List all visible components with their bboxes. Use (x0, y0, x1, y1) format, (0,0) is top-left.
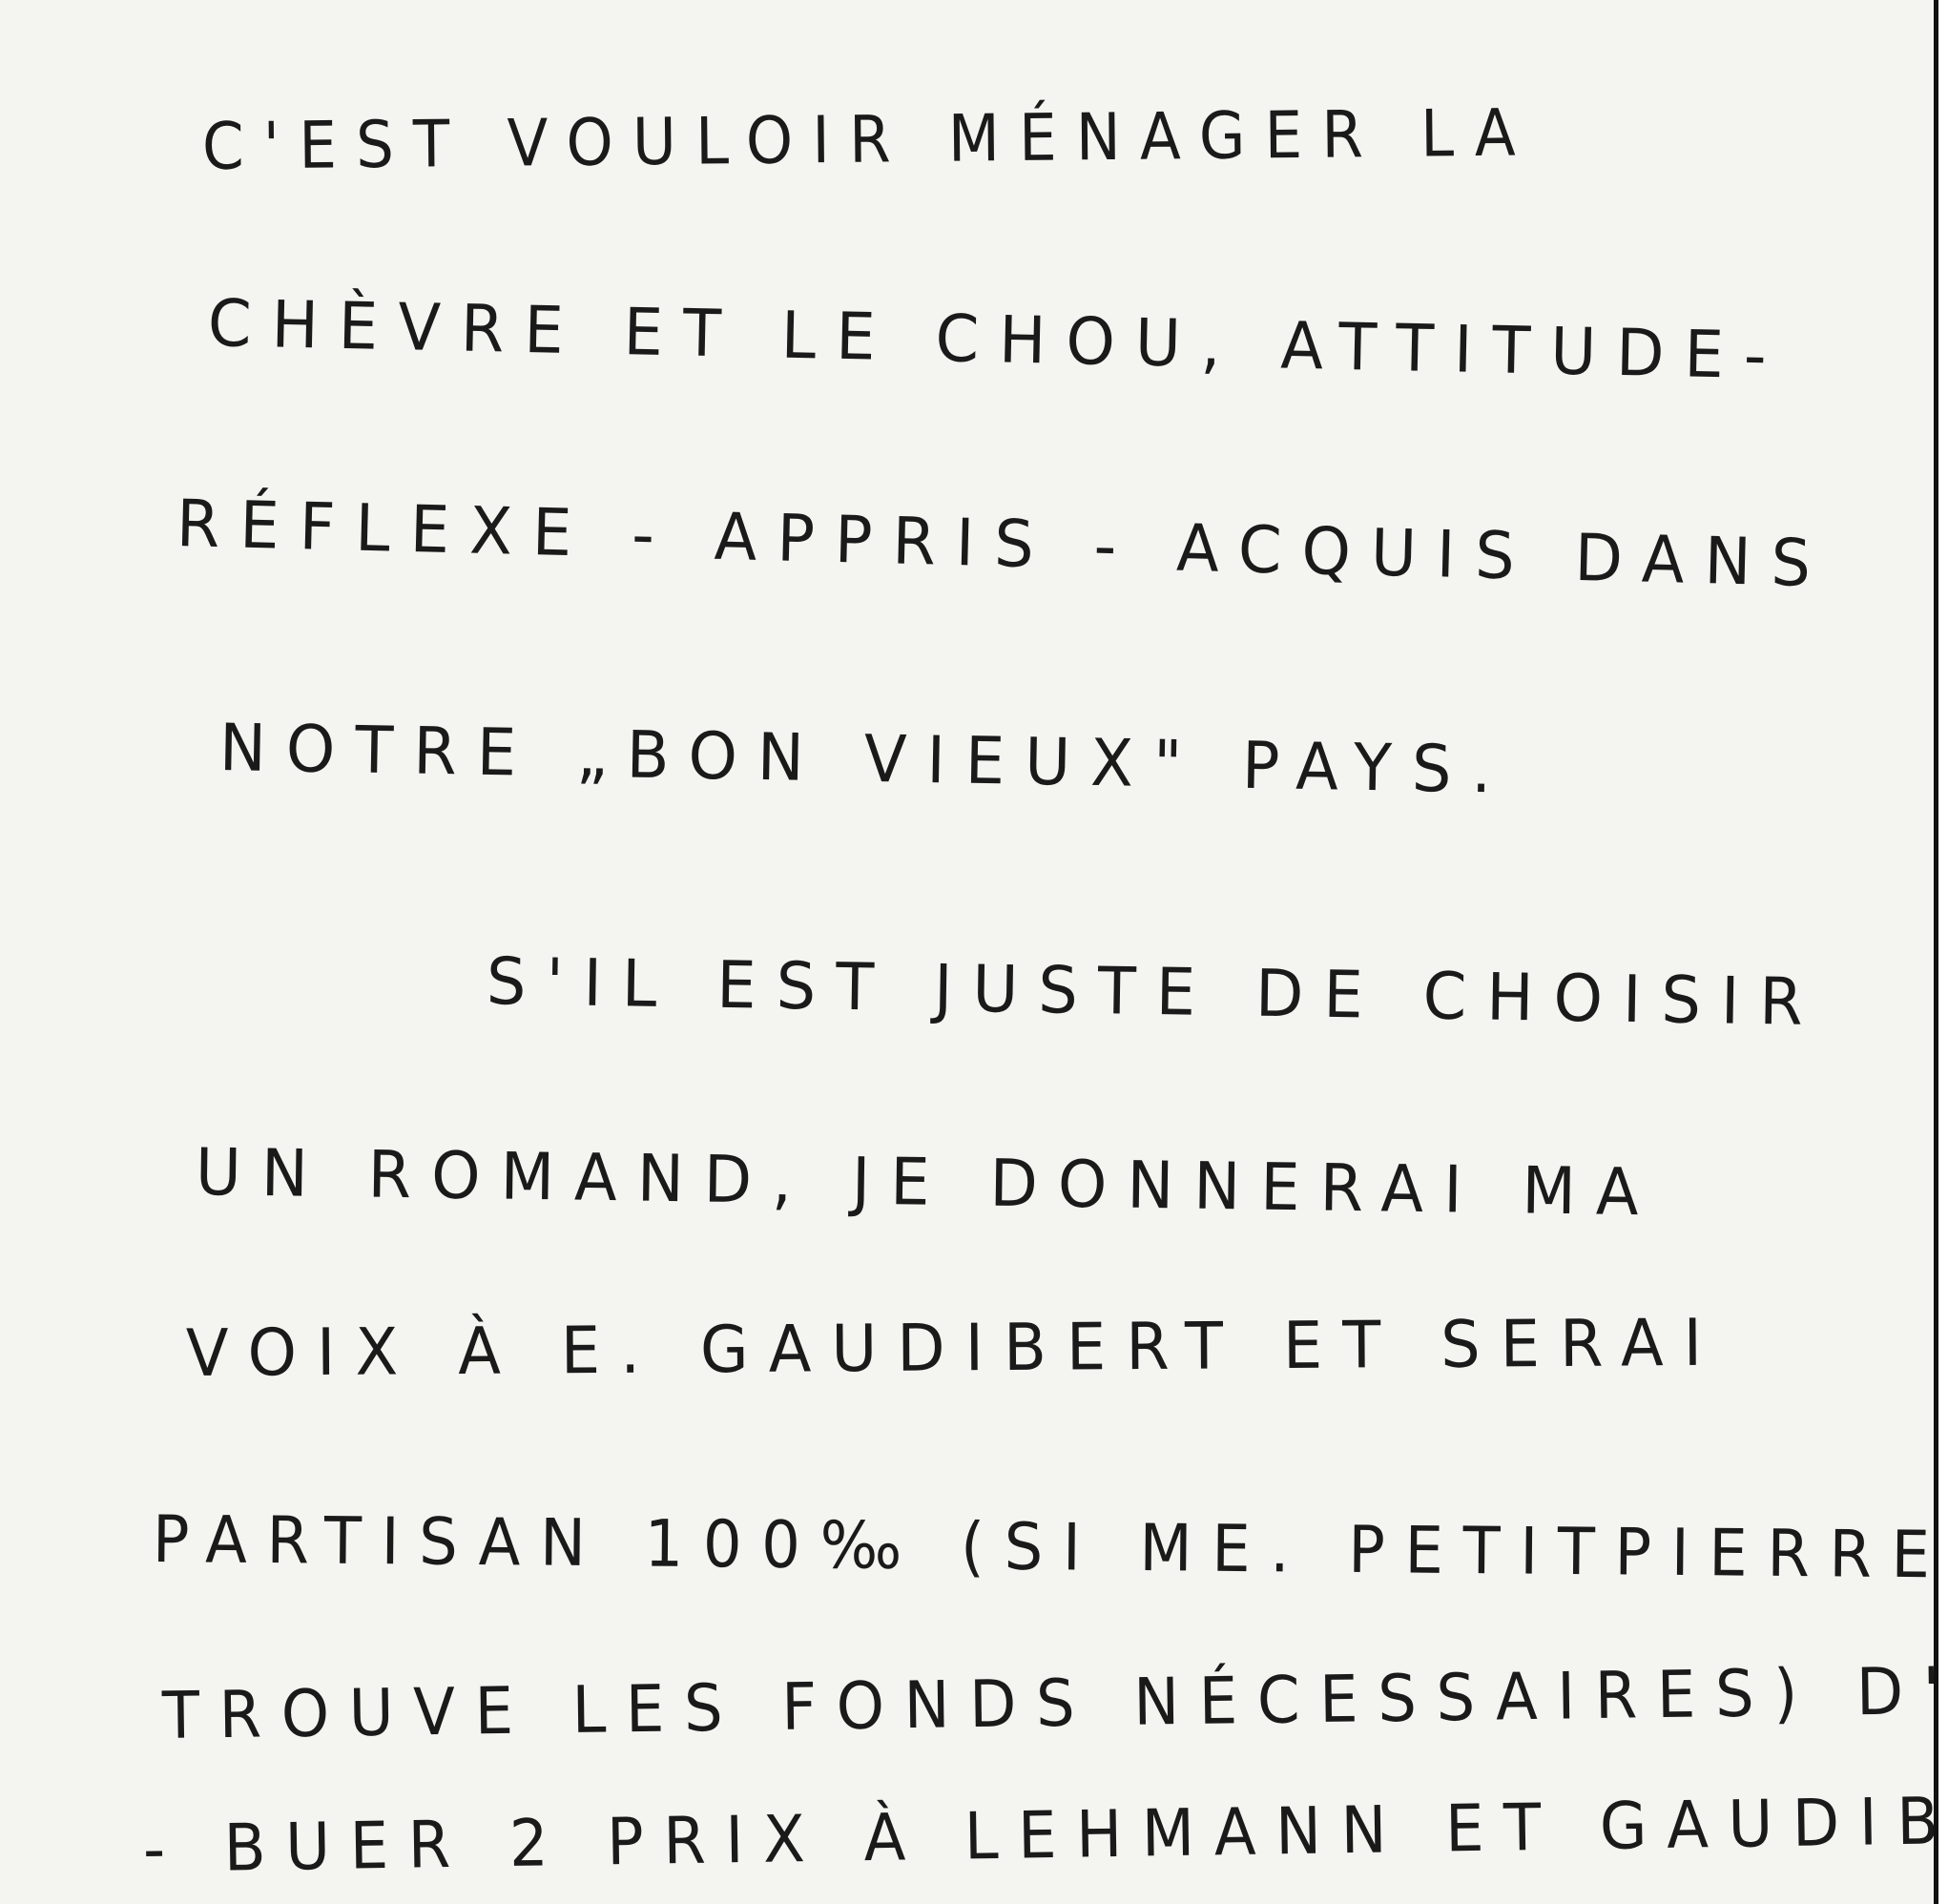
scanned-handwritten-page: C'EST VOULOIR MÉNAGER LA CHÈVRE ET LE CH… (0, 0, 1938, 1904)
text-line-3: RÉFLEXE - APPRIS - ACQUIS DANS (176, 486, 1832, 602)
text-line-8: PARTISAN 100‰ (SI ME. PETITPIERRE (153, 1502, 1938, 1593)
text-line-5: S'IL EST JUSTE DE CHOISIR (486, 944, 1823, 1041)
text-line-2: CHÈVRE ET LE CHOU, ATTITUDE- (207, 286, 1787, 395)
text-line-6: UN ROMAND, JE DONNERAI MA (195, 1135, 1659, 1231)
text-line-7: VOIX À E. GAUDIBERT ET SERAI (186, 1306, 1723, 1392)
text-line-1: C'EST VOULOIR MÉNAGER LA (202, 95, 1536, 185)
text-line-9: TROUVE LES FONDS NÉCESSAIRES) D'ATTRI- (161, 1649, 1938, 1754)
text-line-4: NOTRE „BON VIEUX" PAYS. (218, 711, 1512, 809)
text-line-10: - BUER 2 PRIX À LEHMANN ET GAUDIBERT. (142, 1781, 1938, 1888)
